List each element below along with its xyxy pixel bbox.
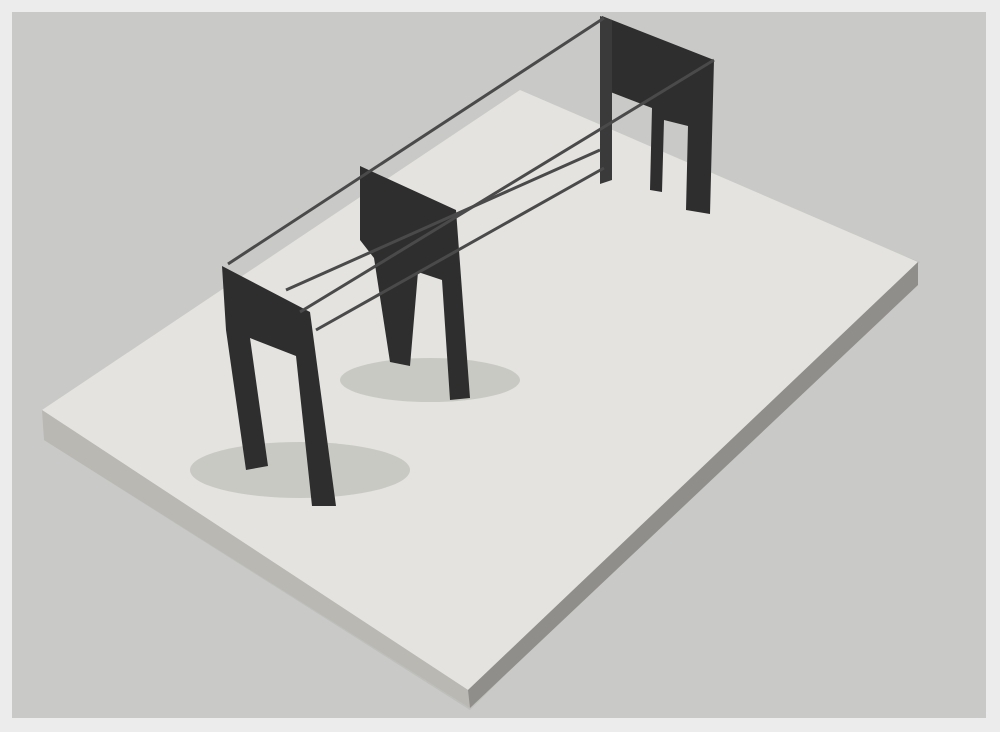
model-illustration (0, 0, 1000, 732)
frame-shadow (190, 442, 410, 498)
frame-shadow (340, 358, 520, 402)
